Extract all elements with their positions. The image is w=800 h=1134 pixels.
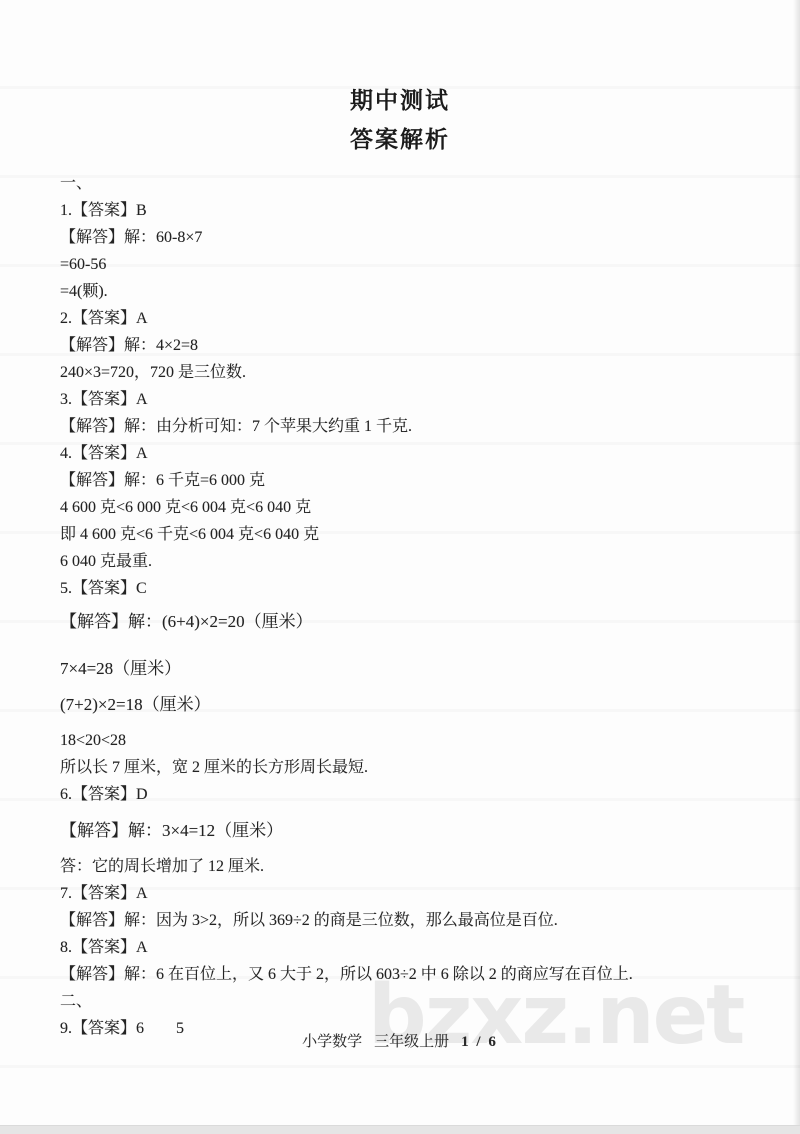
answer-line: 二、: [60, 988, 760, 1015]
page-title: 期中测试: [0, 86, 800, 116]
answer-line: 5.【答案】C: [60, 575, 760, 602]
footer-book: 三年级上册: [374, 1034, 449, 1050]
answer-line: 【解答】解：4×2=8: [60, 332, 760, 359]
page-subtitle: 答案解析: [0, 125, 800, 155]
answer-line: 3.【答案】A: [60, 386, 760, 413]
answer-line: 【解答】解：6 千克=6 000 克: [60, 467, 760, 494]
page-edge-bottom: [0, 1125, 800, 1134]
answer-line: 6 040 克最重.: [60, 548, 760, 575]
document-page: bzxz.net 期中测试 答案解析 一、1.【答案】B【解答】解：60-8×7…: [0, 0, 800, 1134]
footer-page-number: 1 / 6: [461, 1034, 498, 1050]
answer-line: 1.【答案】B: [60, 197, 760, 224]
answer-line: 一、: [60, 170, 760, 197]
answer-line: 所以长 7 厘米，宽 2 厘米的长方形周长最短.: [60, 754, 760, 781]
answer-line: 【解答】解：(6+4)×2=20（厘米）: [60, 608, 760, 635]
page-edge-right: [793, 0, 800, 1134]
answer-line: 即 4 600 克<6 千克<6 004 克<6 040 克: [60, 521, 760, 548]
answer-line: =60-56: [60, 251, 760, 278]
answer-line: 8.【答案】A: [60, 934, 760, 961]
answer-line: 2.【答案】A: [60, 305, 760, 332]
answer-line: 【解答】解：因为 3>2，所以 369÷2 的商是三位数，那么最高位是百位.: [60, 907, 760, 934]
answer-line: 【解答】解：60-8×7: [60, 224, 760, 251]
answer-lines: 一、1.【答案】B【解答】解：60-8×7=60-56=4(颗).2.【答案】A…: [60, 170, 760, 1042]
answer-line: 【解答】解：3×4=12（厘米）: [60, 817, 760, 844]
document-content: 期中测试 答案解析 一、1.【答案】B【解答】解：60-8×7=60-56=4(…: [0, 0, 800, 1042]
answer-line: 答：它的周长增加了 12 厘米.: [60, 853, 760, 880]
page-footer: 小学数学三年级上册1 / 6: [0, 1030, 800, 1051]
answer-line: 【解答】解：由分析可知：7 个苹果大约重 1 千克.: [60, 413, 760, 440]
answer-line: 4.【答案】A: [60, 440, 760, 467]
answer-line: 240×3=720，720 是三位数.: [60, 359, 760, 386]
answer-line: 7.【答案】A: [60, 880, 760, 907]
answer-line: (7+2)×2=18（厘米）: [60, 691, 760, 718]
answer-line: 18<20<28: [60, 727, 760, 754]
answer-line: 4 600 克<6 000 克<6 004 克<6 040 克: [60, 494, 760, 521]
footer-course: 小学数学: [302, 1034, 362, 1050]
answer-line: 7×4=28（厘米）: [60, 655, 760, 682]
answer-line: =4(颗).: [60, 278, 760, 305]
answer-line: 6.【答案】D: [60, 781, 760, 808]
answer-line: 【解答】解：6 在百位上，又 6 大于 2，所以 603÷2 中 6 除以 2 …: [60, 961, 760, 988]
